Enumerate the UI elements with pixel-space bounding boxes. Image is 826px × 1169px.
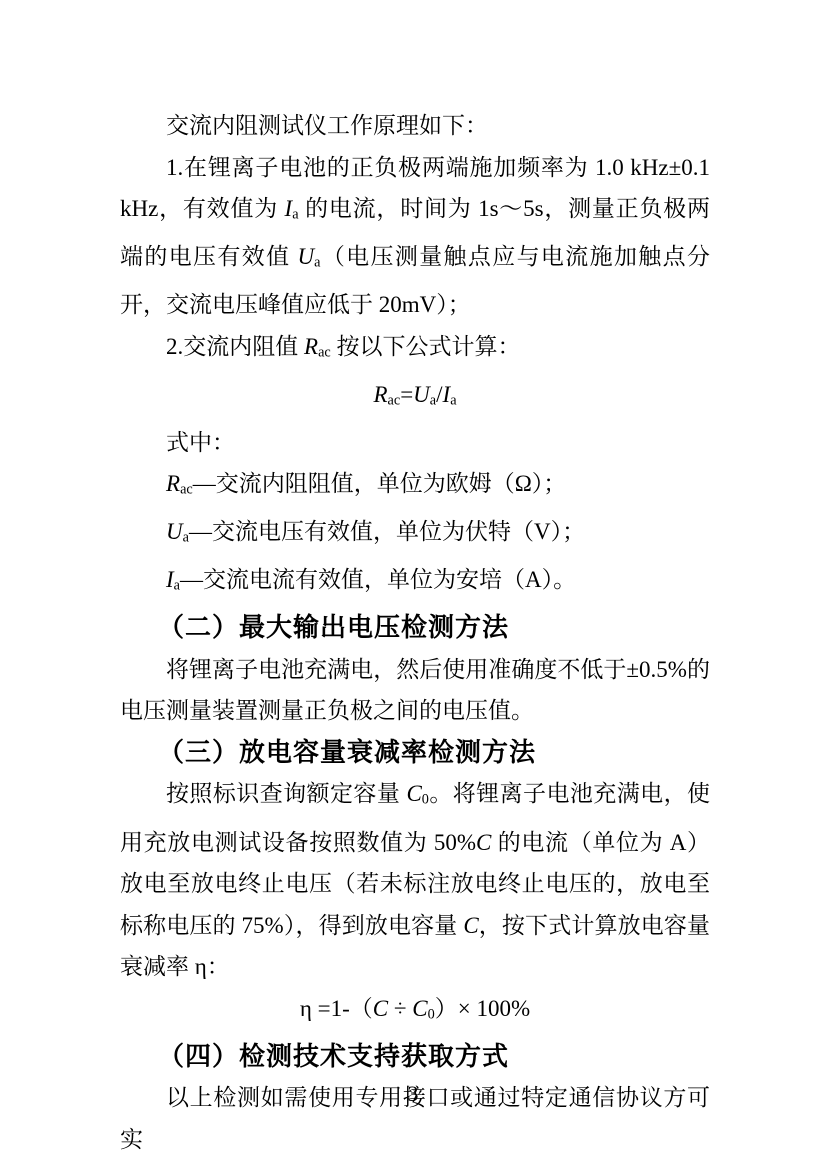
text-run: 将锂离子电池充满电，然后使用准确度不低于±0.5%的电压测量装置测量正负极之间的… [120,657,710,724]
paragraph: 2.交流内阻值 Rac 按以下公式计算： [120,326,710,374]
paragraph: 式中： [120,422,710,464]
text-run: R [373,382,387,407]
text-run: U [298,244,315,269]
paragraph: Ua—交流电压有效值，单位为伏特（V）； [120,511,710,559]
text-run: η =1-（ [300,996,373,1021]
text-run: U [166,519,183,544]
text-run: 交流内阻测试仪工作原理如下： [166,113,488,138]
text-run: = [400,382,413,407]
text-run: —交流电压有效值，单位为伏特（V）； [189,519,585,544]
text-run: I [166,567,174,592]
text-run: —交流内阻阻值，单位为欧姆（Ω）； [193,471,567,496]
text-run: ）× 100% [435,996,530,1021]
formula-line: Rac=Ua/Ia [120,374,710,422]
text-run: ÷ [388,996,412,1021]
paragraph: 1.在锂离子电池的正负极两端施加频率为 1.0 kHz±0.1 kHz，有效值为… [120,147,710,326]
section-heading: （二）最大输出电压检测方法 [120,607,710,649]
paragraph: 交流内阻测试仪工作原理如下： [120,105,710,147]
section-heading: （三）放电容量衰减率检测方法 [120,732,710,774]
text-run: R [166,471,180,496]
paragraph: 按照标识查询额定容量 C0。将锂离子电池充满电，使用充放电测试设备按照数值为 5… [120,773,710,987]
text-run: 2.交流内阻值 [166,334,304,359]
text-run: R [304,334,318,359]
text-run: 0 [422,792,429,808]
text-run: C [412,996,427,1021]
text-run: C [406,781,421,806]
text-run: （二）最大输出电压检测方法 [158,613,509,642]
text-run: （四）检测技术支持获取方式 [158,1042,509,1071]
document-page: 交流内阻测试仪工作原理如下：1.在锂离子电池的正负极两端施加频率为 1.0 kH… [0,0,826,1169]
text-run: 式中： [166,430,235,455]
paragraph: Rac—交流内阻阻值，单位为欧姆（Ω）； [120,463,710,511]
paragraph: Ia—交流电流有效值，单位为安培（A）。 [120,559,710,607]
text-run: —交流电流有效值，单位为安培（A）。 [180,567,576,592]
formula-line: η =1-（C ÷ C0）× 100% [120,988,710,1036]
text-run: 按以下公式计算： [331,334,521,359]
page-number: 3 [0,1080,826,1108]
text-run: ac [180,482,193,498]
text-run: C [463,913,478,938]
text-run: ac [388,392,401,408]
text-run: 按照标识查询额定容量 [166,781,406,806]
paragraph: 将锂离子电池充满电，然后使用准确度不低于±0.5%的电压测量装置测量正负极之间的… [120,649,710,732]
text-run: a [450,392,456,408]
text-run: C [476,830,491,855]
text-run: U [413,382,430,407]
text-run: ac [318,344,331,360]
document-content: 交流内阻测试仪工作原理如下：1.在锂离子电池的正负极两端施加频率为 1.0 kH… [120,105,710,1160]
text-run: 0 [428,1006,435,1022]
section-heading: （四）检测技术支持获取方式 [120,1036,710,1078]
text-run: C [373,996,388,1021]
text-run: （三）放电容量衰减率检测方法 [158,738,536,767]
